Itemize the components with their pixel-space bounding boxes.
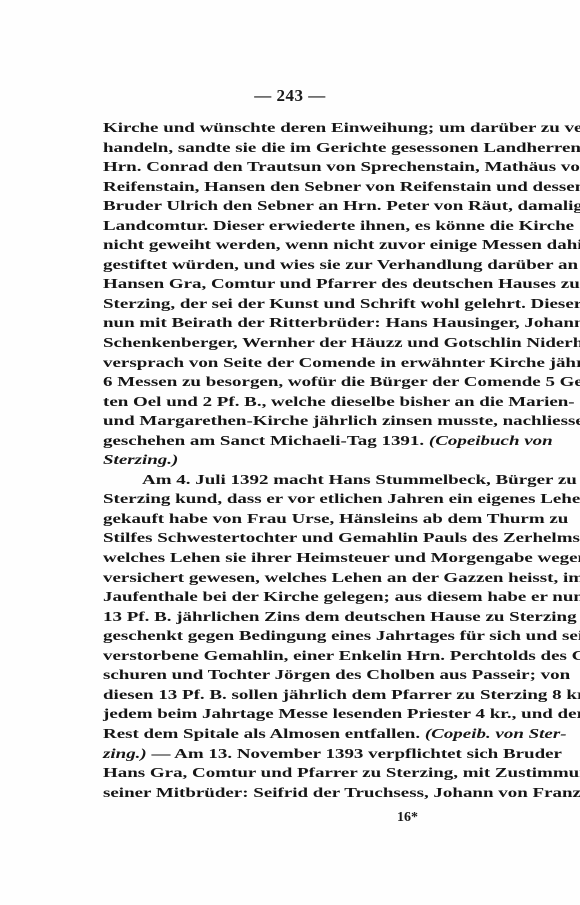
text-line: Hans Gra, Comtur und Pfarrer zu Sterzing… xyxy=(103,763,513,783)
citation: zing.) xyxy=(103,746,147,761)
text-line: ten Oel und 2 Pf. B., welche dieselbe bi… xyxy=(103,392,513,412)
text-line: verstorbene Gemahlin, einer Enkelin Hrn.… xyxy=(103,646,513,666)
text-line: diesen 13 Pf. B. sollen jährlich dem Pfa… xyxy=(103,685,513,705)
citation: Sterzing.) xyxy=(103,452,178,467)
text-line: Kirche und wünschte deren Einweihung; um… xyxy=(103,118,513,138)
text-line: und Margarethen-Kirche jährlich zinsen m… xyxy=(103,411,513,431)
page-number: — 243 — xyxy=(0,86,580,106)
text-line: Jaufenthale bei der Kirche gelegen; aus … xyxy=(103,587,513,607)
text-line: zing.) — Am 13. November 1393 verpflicht… xyxy=(103,744,513,764)
citation: (Copeib. von Ster- xyxy=(425,726,567,741)
text-line: Stilfes Schwestertochter und Gemahlin Pa… xyxy=(103,528,513,548)
text-line: 6 Messen zu besorgen, wofür die Bürger d… xyxy=(103,372,513,392)
text-line: welches Lehen sie ihrer Heimsteuer und M… xyxy=(103,548,513,568)
text-line: versprach von Seite der Comende in erwäh… xyxy=(103,353,513,373)
text-line: Hrn. Conrad den Trautsun von Sprechensta… xyxy=(103,157,513,177)
text-line: schuren und Tochter Jörgen des Cholben a… xyxy=(103,665,513,685)
text-line: Sterzing kund, dass er vor etlichen Jahr… xyxy=(103,489,513,509)
text-line: Landcomtur. Dieser erwiederte ihnen, es … xyxy=(103,216,513,236)
text-line: jedem beim Jahrtage Messe lesenden Pries… xyxy=(103,704,513,724)
signature-mark: 16* xyxy=(397,810,418,826)
citation: (Copeibuch von xyxy=(429,433,553,448)
text-line: Bruder Ulrich den Sebner an Hrn. Peter v… xyxy=(103,196,513,216)
text-line: geschehen am Sanct Michaeli-Tag 1391. (C… xyxy=(103,431,513,451)
body-text: Kirche und wünschte deren Einweihung; um… xyxy=(103,118,513,802)
text-line: gekauft habe von Frau Urse, Hänsleins ab… xyxy=(103,509,513,529)
text-line: nicht geweiht werden, wenn nicht zuvor e… xyxy=(103,235,513,255)
text-line: nun mit Beirath der Ritterbrüder: Hans H… xyxy=(103,313,513,333)
text-line: gestiftet würden, und wies sie zur Verha… xyxy=(103,255,513,275)
text-line: Reifenstain, Hansen den Sebner von Reife… xyxy=(103,177,513,197)
text-line: seiner Mitbrüder: Seifrid der Truchsess,… xyxy=(103,783,513,803)
text-line: Hansen Gra, Comtur und Pfarrer des deuts… xyxy=(103,274,513,294)
text-line: handeln, sandte sie die im Gerichte gese… xyxy=(103,138,513,158)
text-line: 13 Pf. B. jährlichen Zins dem deutschen … xyxy=(103,607,513,627)
text-line: Am 4. Juli 1392 macht Hans Stummelbeck, … xyxy=(103,470,513,490)
text-line: Rest dem Spitale als Almosen entfallen. … xyxy=(103,724,513,744)
text-line: Schenkenberger, Wernher der Häuzz und Go… xyxy=(103,333,513,353)
text-line: versichert gewesen, welches Lehen an der… xyxy=(103,568,513,588)
book-page: — 243 — Kirche und wünschte deren Einwei… xyxy=(0,0,580,905)
text-line: Sterzing.) xyxy=(103,450,513,470)
text-line: geschenkt gegen Bedingung eines Jahrtage… xyxy=(103,626,513,646)
text-line: Sterzing, der sei der Kunst und Schrift … xyxy=(103,294,513,314)
